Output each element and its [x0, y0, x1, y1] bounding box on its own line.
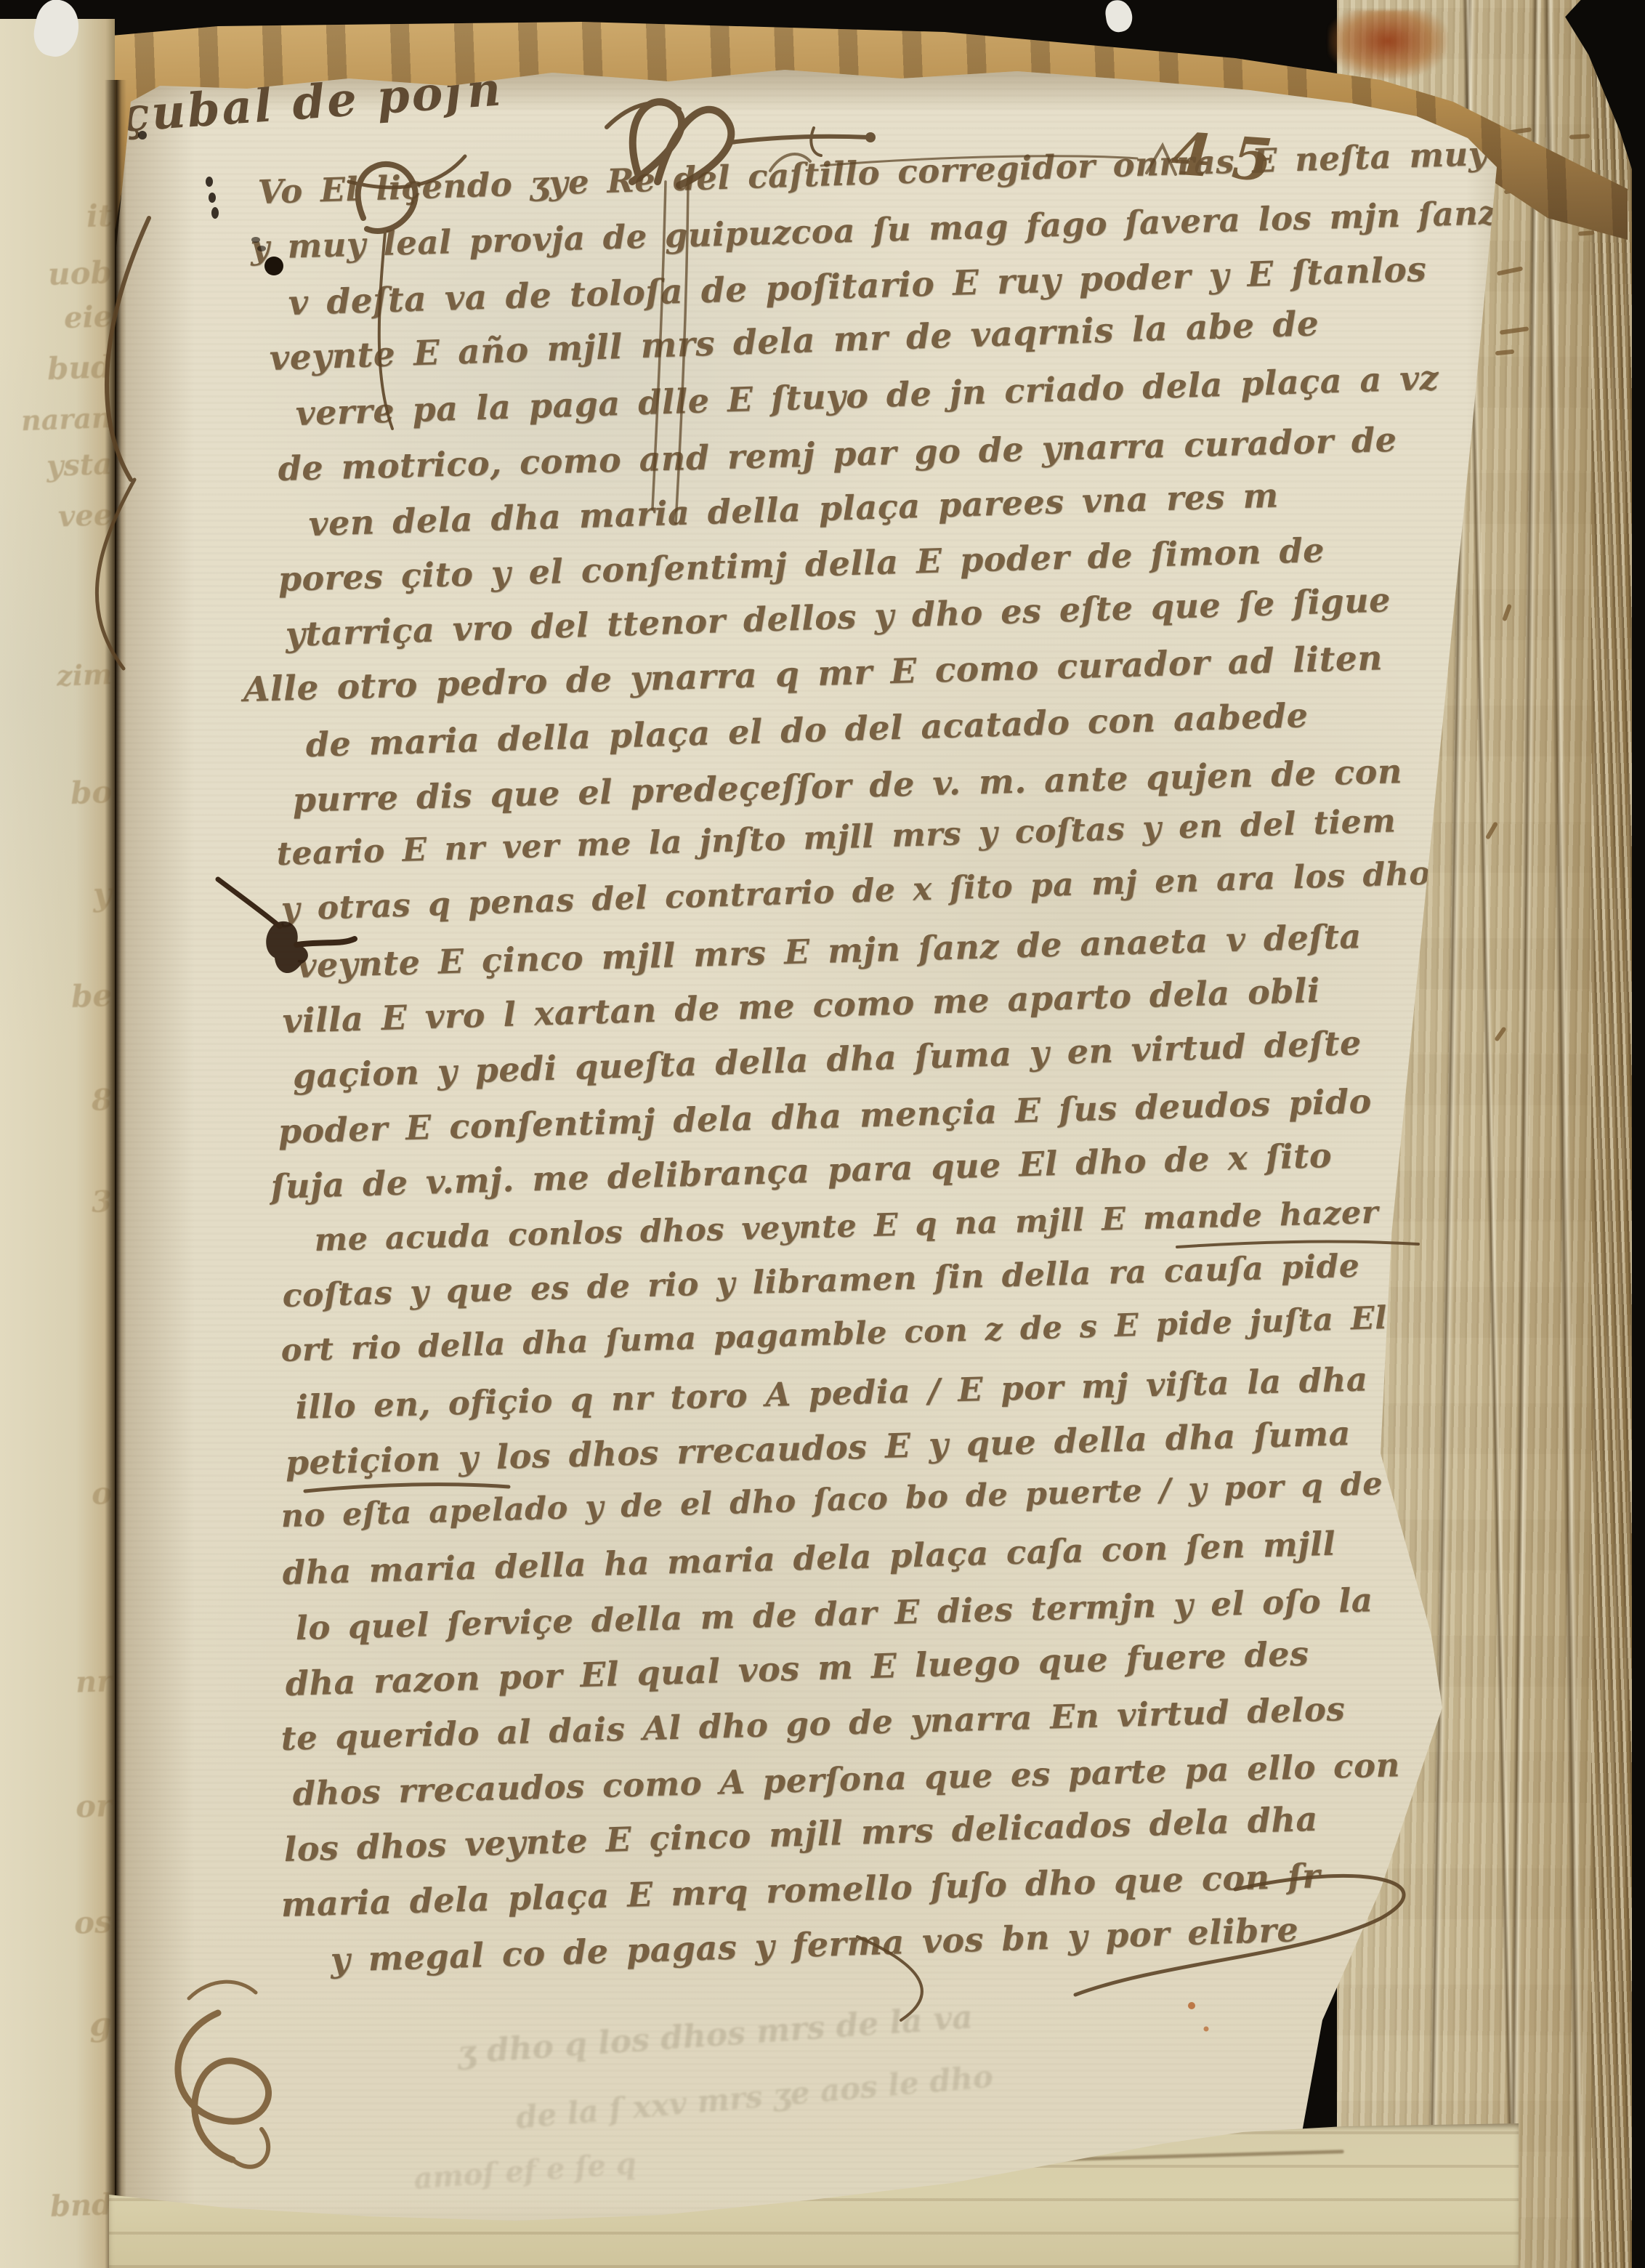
manuscript-line: y megal co de pagas y ferma vos bn y por…	[330, 1910, 1299, 1980]
manuscript-line: los dhos veynte E çinco mjll mrs delicad…	[283, 1799, 1318, 1869]
manuscript-line: ven dela dha maria della plaça parees vn…	[308, 475, 1279, 544]
manuscript-line: dha razon por El qual vos m E luego que …	[285, 1634, 1309, 1703]
fore-edge-ink-mark	[1500, 326, 1529, 335]
manuscript-line: de maria della plaça el do del acatado c…	[305, 695, 1309, 764]
book-gutter	[105, 80, 126, 2268]
fore-edge-ink-mark	[1494, 1026, 1507, 1041]
manuscript-page: çubal de poſn 45 ʒ dho q los dhos mrs de…	[115, 65, 1517, 2268]
manuscript-line: dha maria della ha maria dela plaça caſa…	[282, 1525, 1336, 1592]
facing-page-fragment: naran	[21, 401, 113, 437]
fore-edge-ink-mark	[1495, 350, 1514, 356]
ghost-text-line: de la ſ xxv mrs ʒe aos le dho	[514, 2059, 995, 2136]
fore-edge-crease	[1543, 0, 1586, 2268]
fore-edge-ink-mark	[1497, 266, 1523, 275]
facing-page-fragment: uob	[47, 254, 113, 292]
facing-page: ituobeiebudnaranystaveezimboybe83onroros…	[0, 19, 115, 2268]
facing-page-fragment: ysta	[46, 447, 113, 483]
facing-page-fragment: bud	[47, 349, 113, 387]
manuscript-line: coſtas y que es de rio y libramen ſin de…	[282, 1248, 1360, 1315]
manuscript-line: illo en, ofiçio q nr toro A pedia / E po…	[295, 1360, 1368, 1426]
manuscript-line: te querido al dais Al dho go de ynarra E…	[280, 1690, 1346, 1758]
manuscript-photo: ituobeiebudnaranystaveezimboybe83onroros…	[0, 0, 1645, 2268]
ghost-text-line: ʒ dho q los dhos mrs de la va	[456, 1998, 974, 2071]
ghost-text-line: amoſ ef e ſe q	[413, 2147, 637, 2196]
fore-edge-ink-mark	[1569, 134, 1590, 139]
facing-page-fragment: bnd	[49, 2187, 113, 2224]
fore-edge-ink-mark	[1502, 604, 1512, 622]
burn-mark	[1328, 10, 1447, 78]
background-right-edge	[1632, 0, 1645, 2268]
paper-fleck	[1104, 0, 1134, 33]
fore-edge-crease	[1508, 0, 1543, 2268]
